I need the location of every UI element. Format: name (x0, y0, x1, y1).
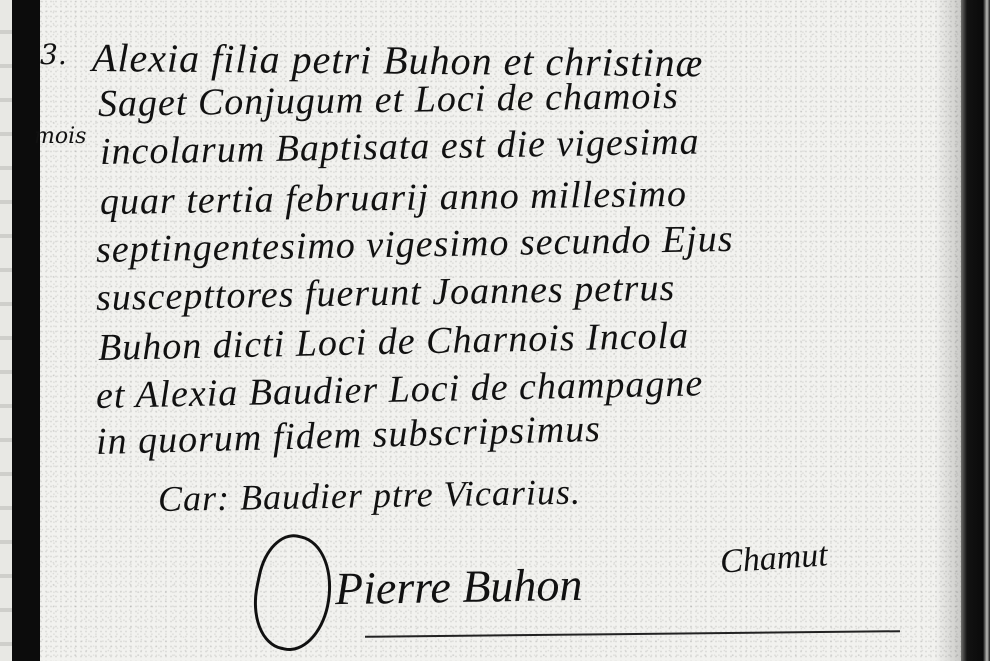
signature-chamut: Chamut (719, 536, 829, 581)
record-line-8: et Alexia Baudier Loci de champagne (96, 361, 704, 418)
adjacent-page-edge (0, 0, 12, 661)
scanned-register-page: 3. mois Alexia filia petri Buhon et chri… (0, 0, 990, 661)
officiant-line: Car: Baudier ptre Vicarius. (158, 471, 582, 520)
signature-flourish (244, 528, 342, 657)
binding-gutter-right (961, 0, 990, 661)
entry-number: 3. (40, 38, 67, 71)
signature-underline (365, 630, 900, 638)
record-line-5: septingentesimo vigesimo secundo Ejus (96, 217, 734, 272)
margin-note: mois (34, 124, 86, 149)
page-edge-shadow (935, 0, 963, 661)
record-line-4: quar tertia februarij anno millesimo (100, 172, 688, 224)
record-line-3: incolarum Baptisata est die vigesima (100, 120, 700, 174)
record-line-2: Saget Conjugum et Loci de chamois (98, 74, 679, 126)
record-line-6: suscepttores fuerunt Joannes petrus (96, 266, 676, 320)
record-line-7: Buhon dicti Loci de Charnois Incola (98, 314, 690, 370)
signature-pierre-buhon: Pierre Buhon (335, 558, 583, 615)
binding-gutter-left (12, 0, 40, 661)
